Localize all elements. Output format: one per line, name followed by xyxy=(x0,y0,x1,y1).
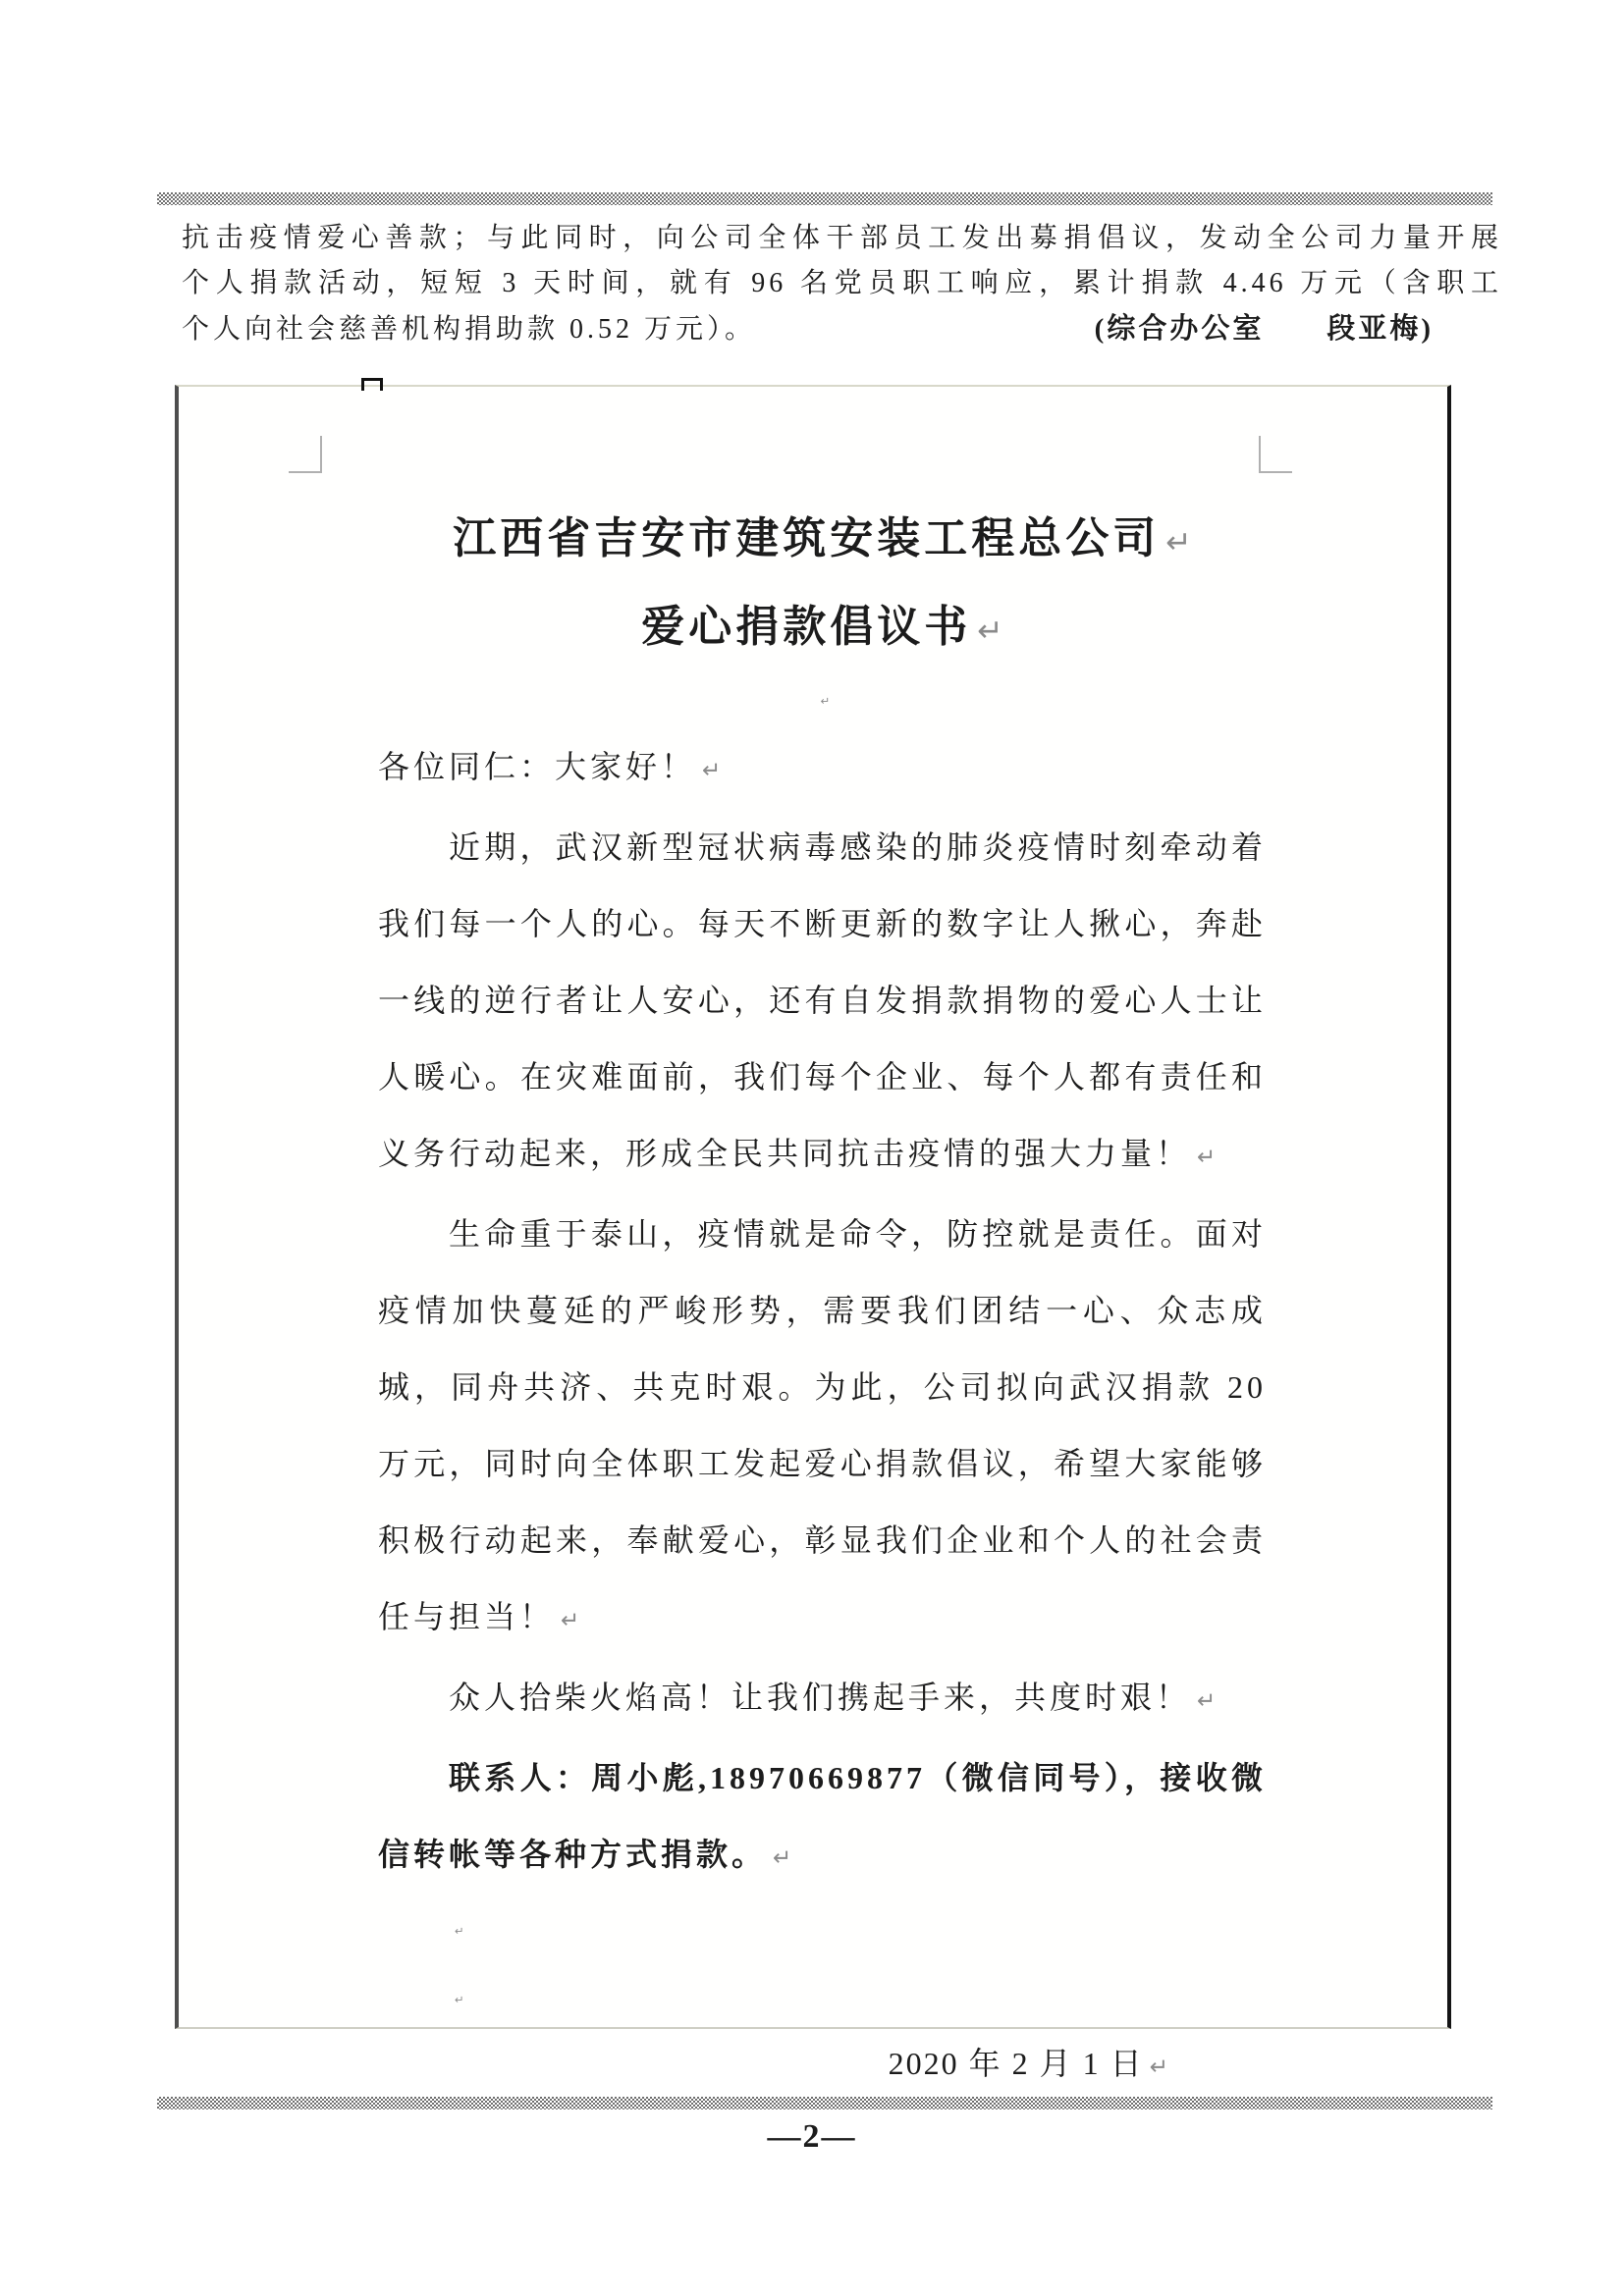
letter-paragraph-2-text: 生命重于泰山，疫情就是命令，防控就是责任。面对疫情加快蔓延的严峻形势，需要我们团… xyxy=(378,1216,1267,1634)
letter-contact-text: 联系人：周小彪,18970669877（微信同号），接收微信转帐等各种方式捐款。 xyxy=(378,1760,1267,1872)
header-line-3: 个人向社会慈善机构捐助款 0.52 万元）。 (综合办公室 段亚梅) xyxy=(182,306,1502,352)
letter-date-text: 2020 年 2 月 1 日 xyxy=(889,2046,1144,2081)
paragraph-mark-icon: ↵ xyxy=(1197,1145,1216,1170)
paragraph-mark-icon: ↵ xyxy=(1150,2055,1168,2080)
paragraph-mark-icon: ↵ xyxy=(773,1845,791,1871)
letter-paragraph-2: 生命重于泰山，疫情就是命令，防控就是责任。面对疫情加快蔓延的严峻形势，需要我们团… xyxy=(378,1196,1267,1659)
paragraph-mark-icon: ↵ xyxy=(455,1993,464,2006)
page-number: —2— xyxy=(0,2118,1624,2156)
paragraph-mark-icon: ↵ xyxy=(455,1924,464,1938)
empty-paragraph: ↵ xyxy=(378,1965,1267,2034)
document-page: 抗击疫情爱心善款；与此同时，向公司全体干部员工发出募捐倡议，发动全公司力量开展 … xyxy=(0,0,1624,2296)
letter-content: 江西省吉安市建筑安装工程总公司↵ 爱心捐款倡议书↵ ↵ 各位同仁：大家好！↵ 近… xyxy=(378,387,1267,2097)
letter-date: 2020 年 2 月 1 日↵ xyxy=(378,2034,1267,2097)
letter-paragraph-3-text: 众人拾柴火焰高！让我们携起手来，共度时艰！ xyxy=(449,1680,1191,1715)
header-line-3-text: 个人向社会慈善机构捐助款 0.52 万元）。 xyxy=(182,307,756,352)
letter-salutation: 各位同仁：大家好！↵ xyxy=(378,728,1267,809)
letter-paragraph-1: 近期，武汉新型冠状病毒感染的肺炎疫情时刻牵动着我们每一个人的心。每天不断更新的数… xyxy=(378,809,1267,1196)
header-line-2: 个人捐款活动，短短 3 天时间，就有 96 名党员职工响应，累计捐款 4.46 … xyxy=(182,261,1502,306)
top-decorative-rule xyxy=(157,192,1492,205)
letter-title-line1-text: 江西省吉安市建筑安装工程总公司 xyxy=(453,514,1160,562)
empty-paragraph: ↵ xyxy=(378,1896,1267,1965)
letter-paragraph-1-text: 近期，武汉新型冠状病毒感染的肺炎疫情时刻牵动着我们每一个人的心。每天不断更新的数… xyxy=(378,829,1267,1171)
letter-salutation-text: 各位同仁：大家好！ xyxy=(378,749,696,784)
paragraph-mark-icon: ↵ xyxy=(561,1608,579,1633)
letter-scan-frame: 江西省吉安市建筑安装工程总公司↵ 爱心捐款倡议书↵ ↵ 各位同仁：大家好！↵ 近… xyxy=(175,385,1451,2029)
header-paragraph: 抗击疫情爱心善款；与此同时，向公司全体干部员工发出募捐倡议，发动全公司力量开展 … xyxy=(182,216,1502,352)
letter-title-line2-text: 爱心捐款倡议书 xyxy=(641,603,971,651)
letter-contact-paragraph: 联系人：周小彪,18970669877（微信同号），接收微信转帐等各种方式捐款。… xyxy=(378,1739,1267,1896)
letter-paragraph-3: 众人拾柴火焰高！让我们携起手来，共度时艰！↵ xyxy=(378,1659,1267,1739)
letter-title-line1: 江西省吉安市建筑安装工程总公司↵ xyxy=(378,497,1267,585)
paragraph-mark-icon: ↵ xyxy=(1197,1688,1216,1714)
header-byline: (综合办公室 段亚梅) xyxy=(1095,306,1502,351)
text-boundary-corner-left-icon xyxy=(289,436,322,473)
header-line-1: 抗击疫情爱心善款；与此同时，向公司全体干部员工发出募捐倡议，发动全公司力量开展 xyxy=(182,216,1502,261)
bottom-decorative-rule xyxy=(157,2097,1492,2109)
paragraph-mark-icon: ↵ xyxy=(821,694,831,708)
paragraph-mark-icon: ↵ xyxy=(1165,525,1192,561)
paragraph-mark-icon: ↵ xyxy=(977,614,1003,649)
letter-title-line2: 爱心捐款倡议书↵ xyxy=(378,585,1267,673)
paragraph-mark-icon: ↵ xyxy=(702,758,721,783)
empty-paragraph: ↵ xyxy=(378,673,1267,728)
